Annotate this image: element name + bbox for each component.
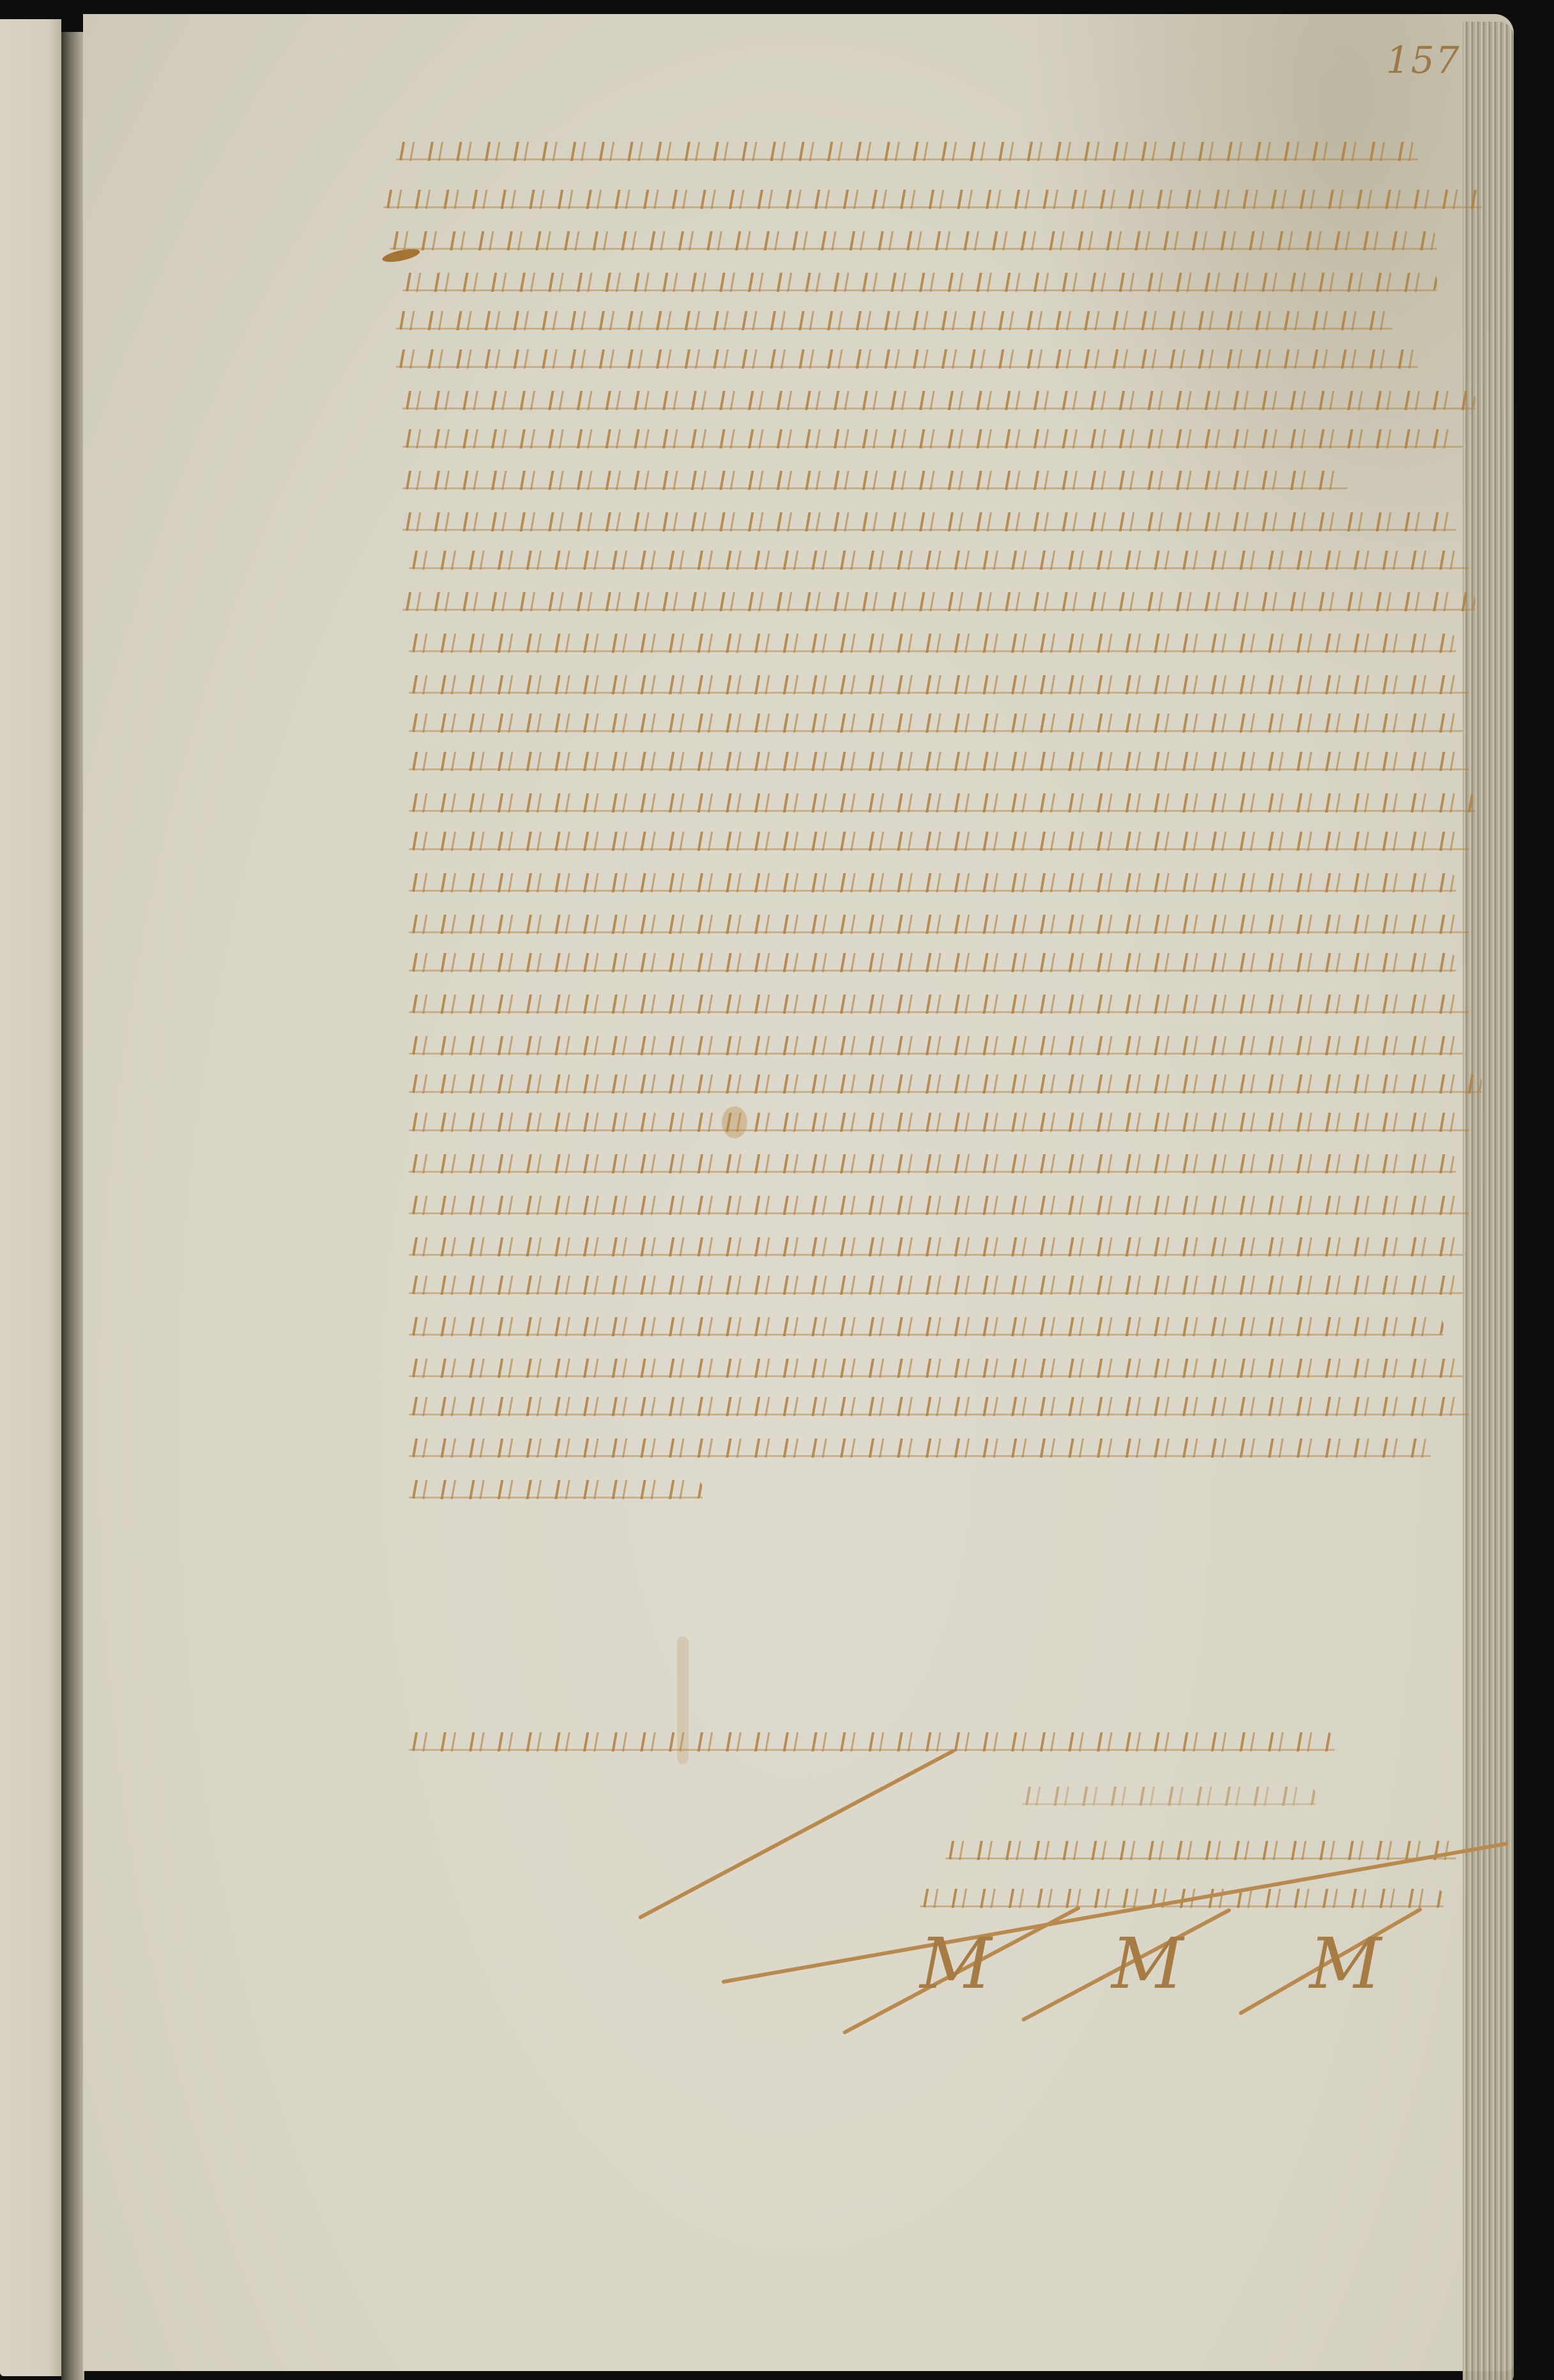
book-gutter (61, 32, 84, 2380)
script-line (409, 738, 1469, 782)
script-line (402, 578, 1475, 623)
script-line (402, 415, 1463, 460)
script-line (409, 980, 1469, 1025)
signature-mark: M (1309, 1923, 1382, 2004)
script-line (409, 939, 1456, 984)
script-line (409, 1099, 1469, 1143)
script-line (409, 537, 1469, 581)
script-line (409, 859, 1456, 904)
script-line (390, 217, 1437, 262)
script-line (402, 457, 1348, 501)
script-line (396, 128, 1418, 172)
witness-line: handwritten closing / witness line (ille… (409, 1718, 1335, 1763)
signature-line-2: handwritten signature (illegible) (920, 1875, 1444, 1919)
script-line (409, 620, 1456, 664)
nummer-line: handwritten short line ending 'nummer…' … (1022, 1773, 1316, 1817)
facing-page-edge (0, 19, 61, 2376)
signature-mark: M (920, 1923, 992, 2004)
script-line (409, 1303, 1444, 1348)
script-line (409, 1140, 1456, 1185)
script-line (409, 1424, 1431, 1469)
script-line (409, 818, 1469, 862)
script-line (409, 1383, 1469, 1428)
script-line (383, 176, 1482, 220)
script-line (409, 1262, 1463, 1306)
script-line (409, 1182, 1469, 1226)
signature-mark: M (1111, 1923, 1184, 2004)
script-line (396, 335, 1418, 380)
folio-number: 157 (1386, 38, 1461, 82)
page-block-edges (1463, 22, 1514, 2380)
script-line (409, 1466, 703, 1511)
